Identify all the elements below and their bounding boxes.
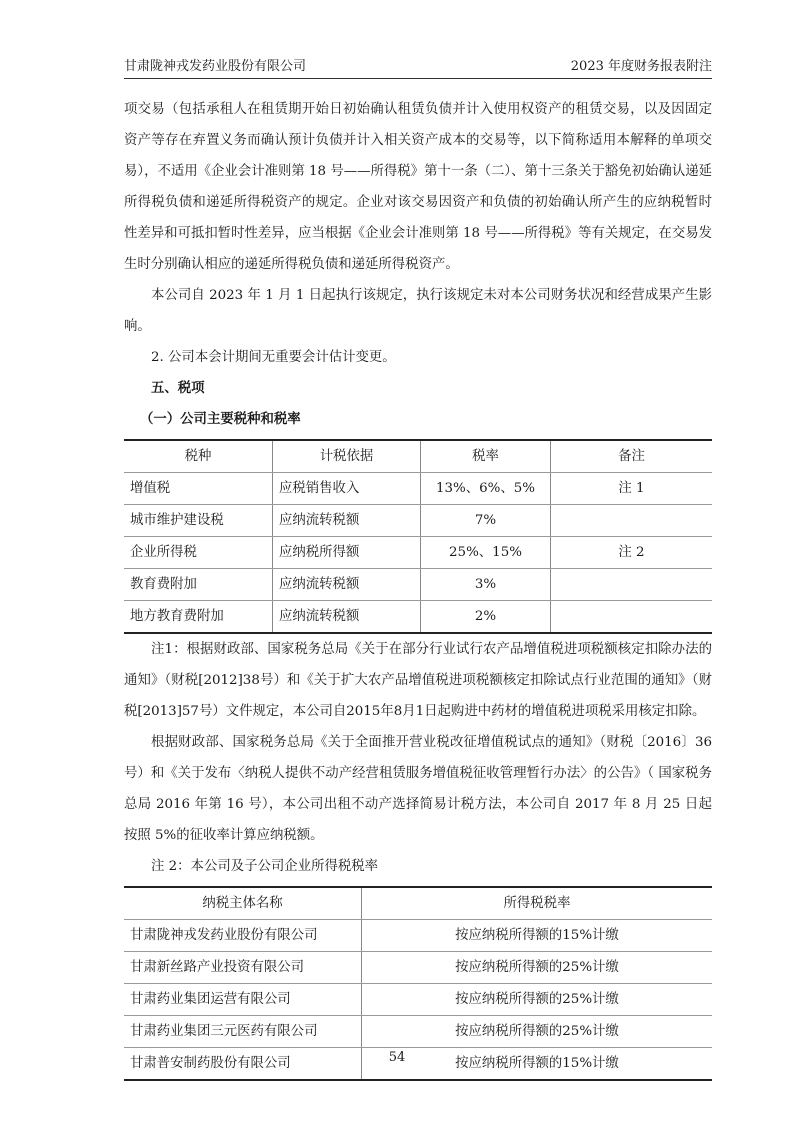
tax-type-cell: 教育费附加: [124, 569, 273, 601]
paragraph-adoption: 本公司自 2023 年 1 月 1 日起执行该规定，执行该规定未对本公司财务状况…: [124, 280, 712, 342]
section-title: 五、税项: [124, 373, 712, 404]
table-header-row: 税种 计税依据 税率 备注: [124, 440, 712, 473]
remark-cell: [551, 505, 713, 537]
tax-type-cell: 增值税: [124, 473, 273, 505]
column-header: 税率: [421, 440, 551, 473]
table-row: 企业所得税 应纳税所得额 25%、15% 注 2: [124, 537, 712, 569]
table-row: 教育费附加 应纳流转税额 3%: [124, 569, 712, 601]
subsection-title: （一）公司主要税种和税率: [124, 404, 712, 435]
column-header: 所得税税率: [362, 887, 713, 920]
table-row: 城市维护建设税 应纳流转税额 7%: [124, 505, 712, 537]
income-tax-rate-cell: 按应纳税所得额的25%计缴: [362, 984, 713, 1016]
column-header: 计税依据: [273, 440, 421, 473]
column-header: 税种: [124, 440, 273, 473]
header-report-title: 2023 年度财务报表附注: [571, 55, 712, 74]
income-tax-rate-cell: 按应纳税所得额的15%计缴: [362, 920, 713, 952]
income-tax-rate-cell: 按应纳税所得额的25%计缴: [362, 1016, 713, 1048]
entity-name-cell: 甘肃新丝路产业投资有限公司: [124, 952, 362, 984]
tax-basis-cell: 应纳流转税额: [273, 569, 421, 601]
note-1-paragraph: 注1：根据财政部、国家税务总局《关于在部分行业试行农产品增值税进项税额核定扣除办…: [124, 634, 712, 727]
tax-type-cell: 企业所得税: [124, 537, 273, 569]
tax-type-cell: 城市维护建设税: [124, 505, 273, 537]
entity-name-cell: 甘肃药业集团运营有限公司: [124, 984, 362, 1016]
tax-basis-cell: 应纳流转税额: [273, 601, 421, 634]
remark-cell: 注 2: [551, 537, 713, 569]
table-row: 增值税 应税销售收入 13%、6%、5% 注 1: [124, 473, 712, 505]
tax-basis-cell: 应税销售收入: [273, 473, 421, 505]
tax-rate-cell: 13%、6%、5%: [421, 473, 551, 505]
table-row: 甘肃药业集团三元医药有限公司 按应纳税所得额的25%计缴: [124, 1016, 712, 1048]
income-tax-rate-cell: 按应纳税所得额的25%计缴: [362, 952, 713, 984]
note-1-lease-paragraph: 根据财政部、国家税务总局《关于全面推开营业税改征增值税试点的通知》（财税〔201…: [124, 727, 712, 851]
table-header-row: 纳税主体名称 所得税税率: [124, 887, 712, 920]
tax-rate-cell: 3%: [421, 569, 551, 601]
tax-rate-cell: 2%: [421, 601, 551, 634]
note-2-paragraph: 注 2：本公司及子公司企业所得税税率: [124, 851, 712, 882]
table-row: 甘肃药业集团运营有限公司 按应纳税所得额的25%计缴: [124, 984, 712, 1016]
table-row: 甘肃新丝路产业投资有限公司 按应纳税所得额的25%计缴: [124, 952, 712, 984]
paragraph-interpretation: 项交易（包括承租人在租赁期开始日初始确认租赁负债并计入使用权资产的租赁交易，以及…: [124, 94, 712, 280]
header-divider: [124, 78, 712, 79]
tax-rate-cell: 25%、15%: [421, 537, 551, 569]
entity-name-cell: 甘肃药业集团三元医药有限公司: [124, 1016, 362, 1048]
column-header: 备注: [551, 440, 713, 473]
table-row: 地方教育费附加 应纳流转税额 2%: [124, 601, 712, 634]
tax-basis-cell: 应纳税所得额: [273, 537, 421, 569]
tax-rate-table: 税种 计税依据 税率 备注 增值税 应税销售收入 13%、6%、5% 注 1 城…: [124, 439, 712, 634]
tax-type-cell: 地方教育费附加: [124, 601, 273, 634]
page-number: 54: [0, 1050, 794, 1065]
table-row: 甘肃陇神戎发药业股份有限公司 按应纳税所得额的15%计缴: [124, 920, 712, 952]
entity-name-cell: 甘肃陇神戎发药业股份有限公司: [124, 920, 362, 952]
document-body: 项交易（包括承租人在租赁期开始日初始确认租赁负债并计入使用权资产的租赁交易，以及…: [124, 94, 712, 1081]
remark-cell: 注 1: [551, 473, 713, 505]
tax-basis-cell: 应纳流转税额: [273, 505, 421, 537]
tax-rate-cell: 7%: [421, 505, 551, 537]
remark-cell: [551, 601, 713, 634]
remark-cell: [551, 569, 713, 601]
paragraph-estimate-change: 2. 公司本会计期间无重要会计估计变更。: [124, 342, 712, 373]
column-header: 纳税主体名称: [124, 887, 362, 920]
header-company: 甘肃陇神戎发药业股份有限公司: [124, 55, 306, 74]
page-header: 甘肃陇神戎发药业股份有限公司 2023 年度财务报表附注: [124, 52, 712, 74]
